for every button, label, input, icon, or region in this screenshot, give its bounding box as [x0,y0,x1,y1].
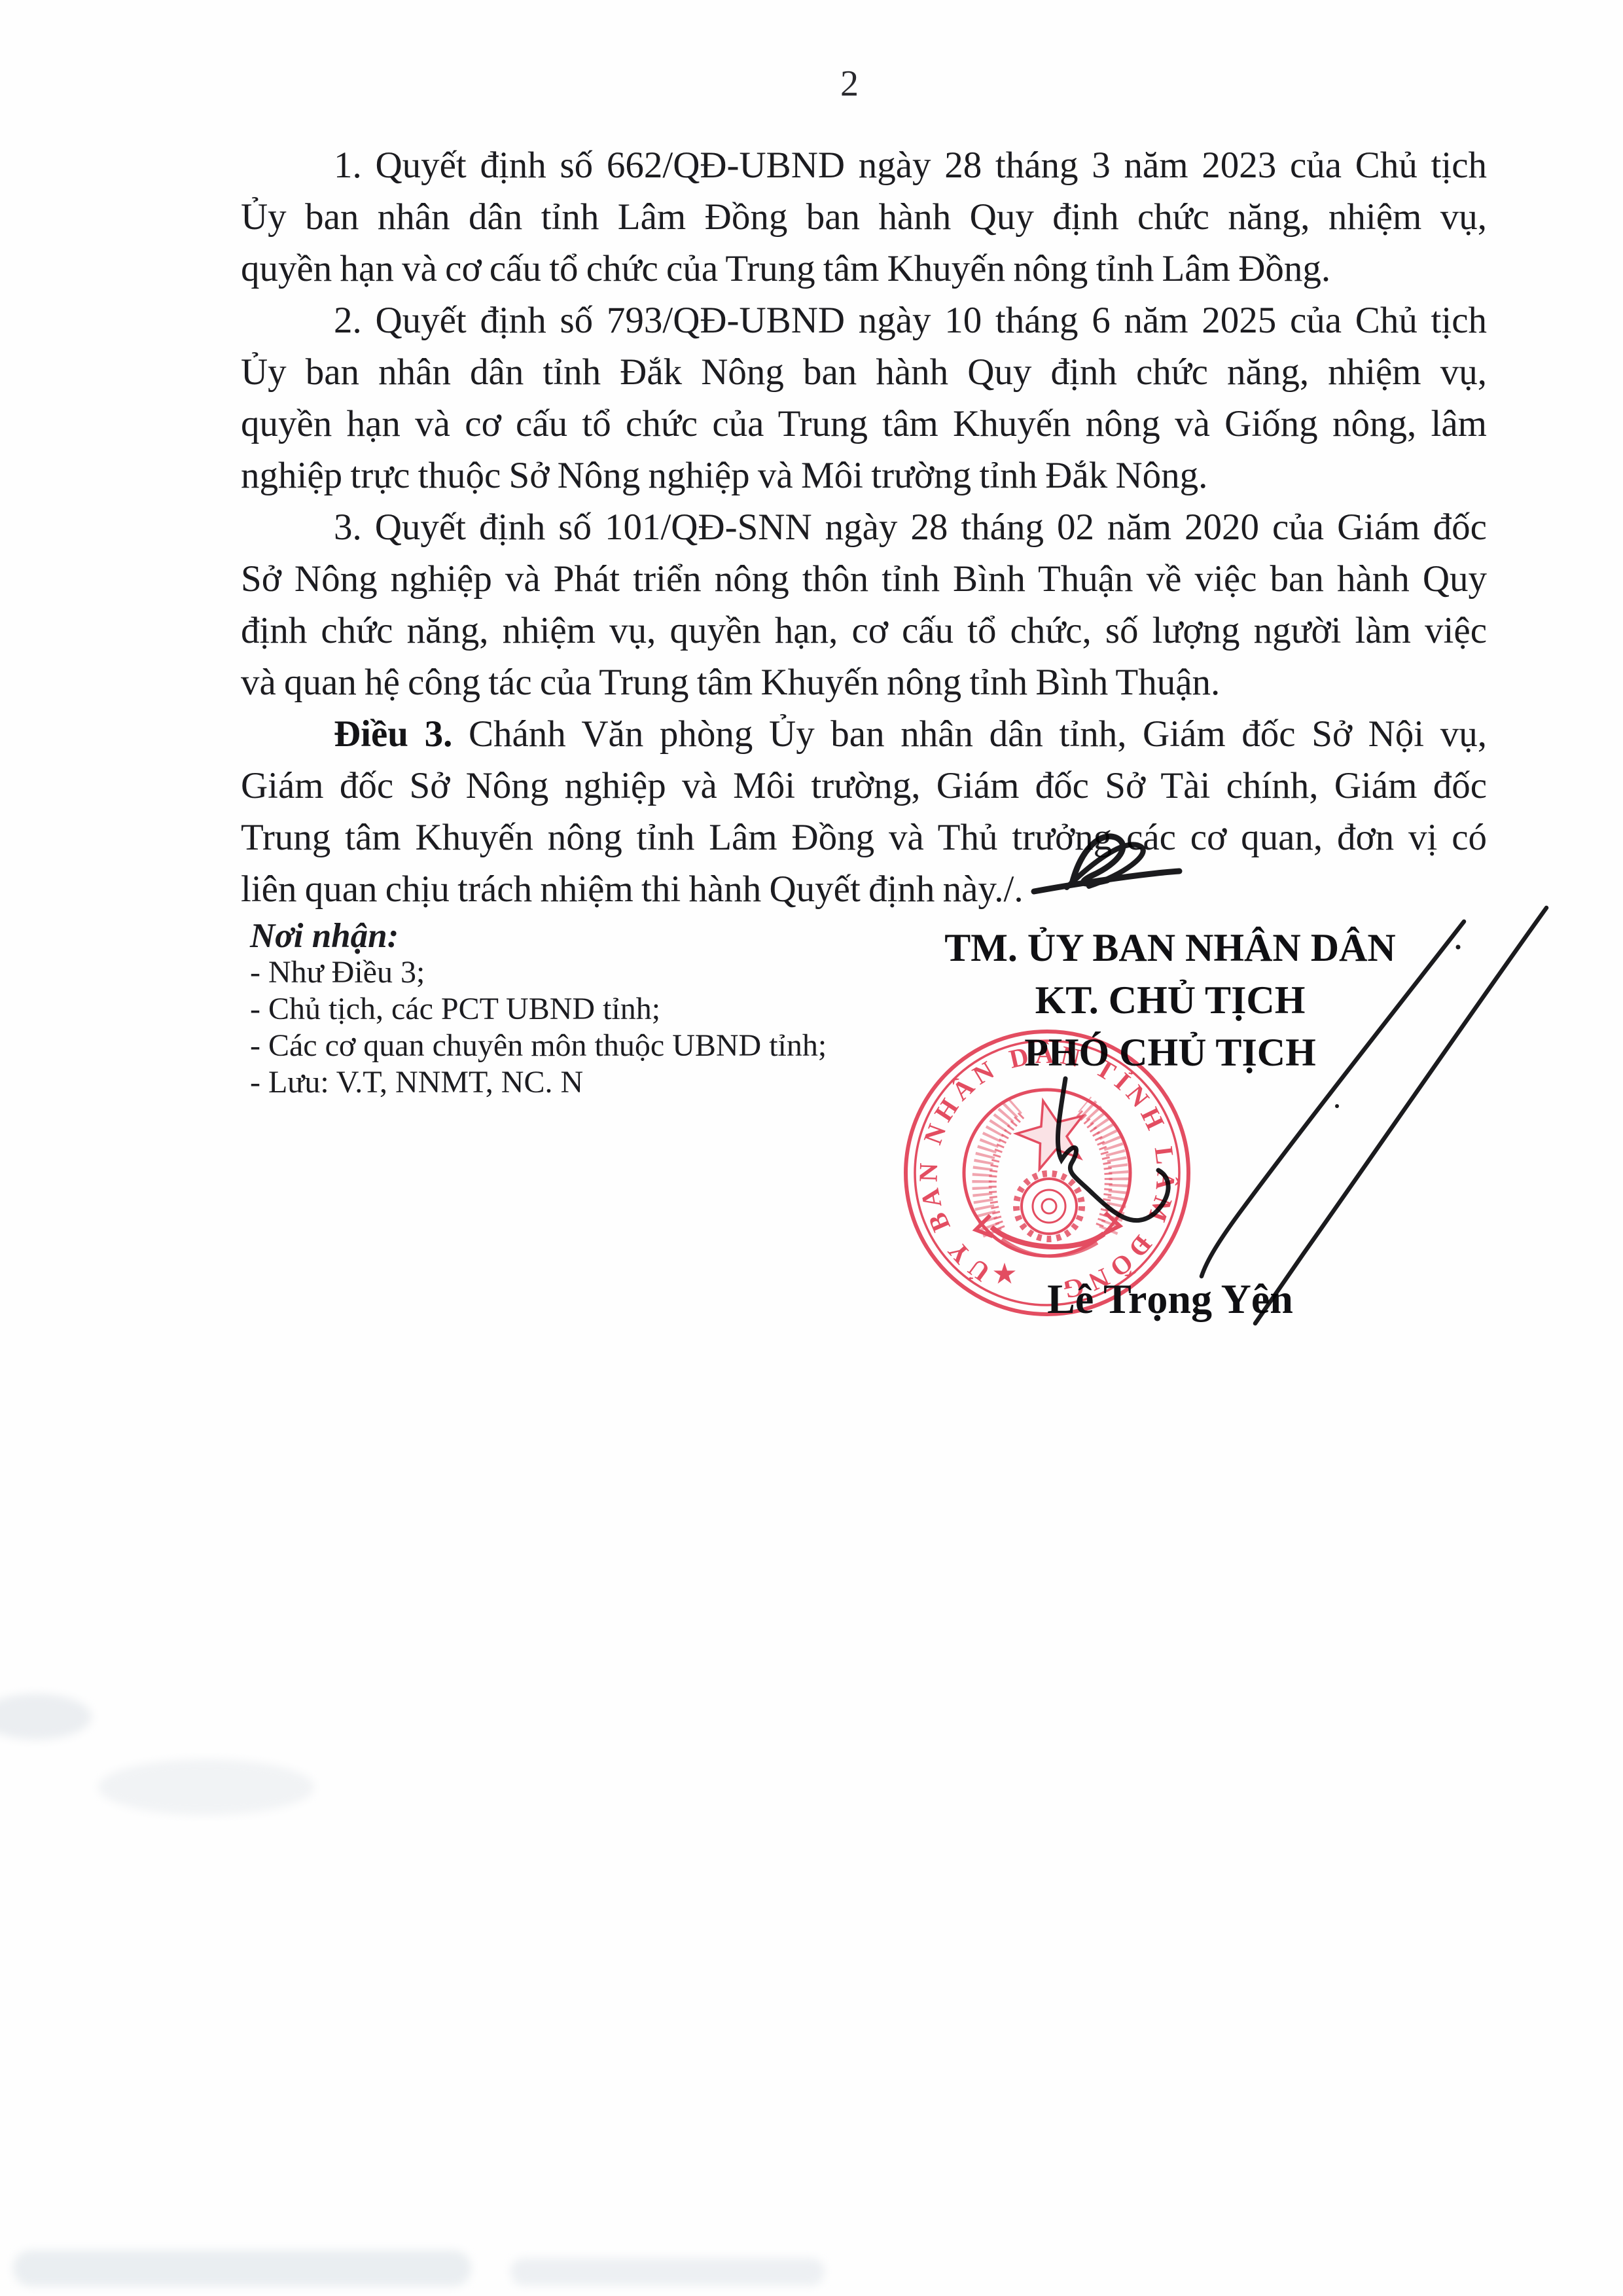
ink-speck [1335,1104,1339,1108]
body-line: nghiệp trực thuộc Sở Nông nghiệp và Môi … [241,450,1487,501]
body-line: Sở Nông nghiệp và Phát triển nông thôn t… [241,553,1487,605]
signer-name: Lê Trọng Yên [938,1275,1402,1323]
ink-speck [1456,945,1461,950]
seal-outer-ring [906,1031,1188,1314]
recipients: Nơi nhận: - Như Điều 3;- Chủ tịch, các P… [250,918,827,1101]
recipient-item: - Như Điều 3; [250,954,827,991]
scan-artifact [13,2250,471,2286]
body-line: Điều 3. Chánh Văn phòng Ủy ban nhân dân … [241,708,1487,760]
body-line: Giám đốc Sở Nông nghiệp và Môi trường, G… [241,760,1487,812]
recipient-item: - Các cơ quan chuyên môn thuộc UBND tỉnh… [250,1028,827,1064]
emblem-wreath-left-2 [993,1114,1023,1229]
scan-artifact [98,1759,314,1815]
national-emblem [976,1101,1120,1256]
recipient-item: - Lưu: V.T, NNMT, NC. N [250,1064,827,1101]
recipients-heading: Nơi nhận: [250,918,827,954]
emblem-gear [1016,1174,1082,1239]
body-line: 3. Quyết định số 101/QĐ-SNN ngày 28 thán… [241,501,1487,553]
body-line: Ủy ban nhân dân tỉnh Lâm Đồng ban hành Q… [241,191,1487,243]
body-line: và quan hệ công tác của Trung tâm Khuyến… [241,656,1487,708]
emblem-wreath-left [982,1105,1016,1234]
signature-kt-line: KT. CHỦ TỊCH [938,974,1402,1026]
signature-org-line: TM. ỦY BAN NHÂN DÂN [938,922,1402,974]
scan-artifact [510,2258,825,2286]
body-line: liên quan chịu trách nhiệm thi hành Quyế… [241,863,1487,915]
scanned-document-page: 2 1. Quyết định số 662/QĐ-UBND ngày 28 t… [0,0,1623,2296]
body-line: 1. Quyết định số 662/QĐ-UBND ngày 28 thá… [241,139,1487,191]
body-line: quyền hạn và cơ cấu tổ chức của Trung tâ… [241,398,1487,450]
page-number: 2 [840,63,859,105]
body-line: Ủy ban nhân dân tỉnh Đắk Nông ban hành Q… [241,346,1487,398]
recipients-list: - Như Điều 3;- Chủ tịch, các PCT UBND tỉ… [250,954,827,1101]
document-body: 1. Quyết định số 662/QĐ-UBND ngày 28 thá… [241,139,1487,915]
body-line: 2. Quyết định số 793/QĐ-UBND ngày 10 thá… [241,295,1487,346]
body-line: định chức năng, nhiệm vụ, quyền hạn, cơ … [241,605,1487,656]
scan-artifact [0,1694,92,1740]
recipient-item: - Chủ tịch, các PCT UBND tỉnh; [250,991,827,1028]
emblem-star-icon [1016,1101,1082,1170]
body-line: quyền hạn và cơ cấu tổ chức của Trung tâ… [241,243,1487,295]
body-line: Trung tâm Khuyến nông tỉnh Lâm Đồng và T… [241,812,1487,863]
